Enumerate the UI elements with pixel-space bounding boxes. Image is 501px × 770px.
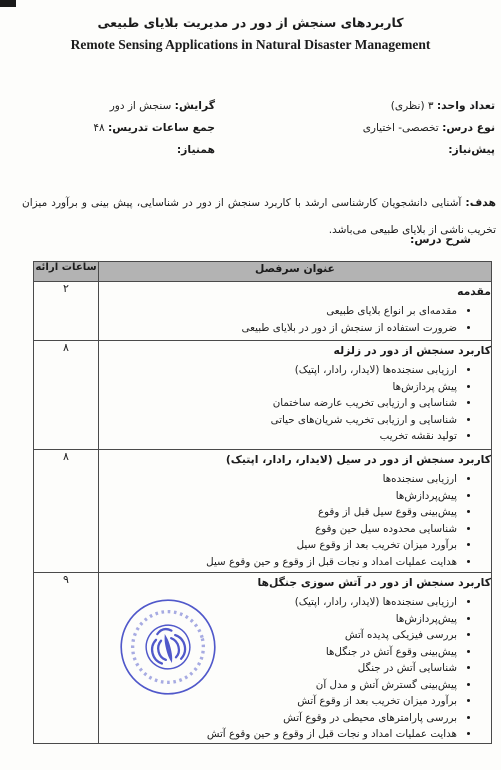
section-bullet-list: ارزیابی سنجنده‌ها (لایدار، رادار، اپتیک)… [99, 594, 491, 743]
bullet-item: هدایت عملیات امداد و نجات قبل از وقوع و … [99, 554, 457, 571]
bullet-item: پیش‌پردازش‌ها [99, 488, 457, 505]
bullet-item: تولید نقشه تخریب [99, 428, 457, 445]
bullet-item: مقدمه‌ای بر انواع بلایای طبیعی [99, 303, 457, 320]
section-bullet-list: ارزیابی سنجنده‌ها (لایدار، رادار، اپتیک)… [99, 362, 491, 445]
scanned-course-document: { "header": { "title_fa": "کاربردهای سنج… [0, 0, 501, 770]
bullet-item: شناسایی محدوده سیل حین وقوع [99, 521, 457, 538]
teaching-hours-label: جمع ساعات تدریس: [108, 121, 215, 134]
major-value: سنجش از دور [110, 100, 172, 112]
bullet-item: شناسایی و ارزیابی تخریب شریان‌های حیاتی [99, 412, 457, 429]
scan-corner-artifact [0, 0, 16, 7]
bullet-item: بررسی فیزیکی پدیده آتش [99, 627, 457, 644]
prerequisite-label: پیش‌نیاز: [448, 143, 495, 156]
hours-cell: ۸ [34, 341, 99, 450]
bullet-item: ضرورت استفاده از سنجش از دور در بلایای ط… [99, 320, 457, 337]
hours-cell: ۹ [34, 573, 99, 744]
units-label: تعداد واحد: [437, 99, 495, 112]
bullet-item: پیش‌بینی وقوع آتش در جنگل‌ها [99, 644, 457, 661]
hours-cell: ۸ [34, 450, 99, 573]
section-bullet-list: ارزیابی سنجنده‌هاپیش‌پردازش‌هاپیش‌بینی و… [99, 471, 491, 570]
bullet-item: هدایت عملیات امداد و نجات قبل از وقوع و … [99, 726, 457, 743]
section-title: کاربرد سنجش از دور در سیل (لایدار، رادار… [99, 450, 491, 470]
corequisite-line: همنیاز: [93, 139, 215, 161]
topic-cell: کاربرد سنجش از دور در آتش سوزی جنگل‌هاار… [99, 573, 492, 744]
corequisite-label: همنیاز: [177, 143, 215, 156]
outline-row: کاربرد سنجش از دور در زلزلهارزیابی سنجند… [34, 341, 492, 450]
hours-cell: ۲ [34, 282, 99, 341]
section-title: کاربرد سنجش از دور در آتش سوزی جنگل‌ها [99, 573, 491, 593]
bullet-item: ارزیابی سنجنده‌ها (لایدار، رادار، اپتیک) [99, 594, 457, 611]
bullet-item: شناسایی و ارزیابی تخریب عارضه ساختمان [99, 395, 457, 412]
course-title-en: Remote Sensing Applications in Natural D… [0, 34, 501, 56]
course-outline-table: عنوان سرفصل ساعات ارائه مقدمهمقدمه‌ای بر… [33, 261, 492, 744]
meta-block-left: گرایش: سنجش از دور جمع ساعات تدریس: ۴۸ ه… [93, 95, 215, 161]
topic-cell: کاربرد سنجش از دور در زلزلهارزیابی سنجند… [99, 341, 492, 450]
document-header: کاربردهای سنجش از دور در مدیریت بلایای ط… [0, 12, 501, 56]
topic-cell: کاربرد سنجش از دور در سیل (لایدار، رادار… [99, 450, 492, 573]
outline-header-row: عنوان سرفصل ساعات ارائه [34, 262, 492, 282]
bullet-item: شناسایی آتش در جنگل [99, 660, 457, 677]
section-title: کاربرد سنجش از دور در زلزله [99, 341, 491, 361]
objective-text: آشنایی دانشجویان کارشناسی ارشد با کاربرد… [22, 197, 496, 236]
bullet-item: برآورد میزان تخریب بعد از وقوع سیل [99, 537, 457, 554]
course-description-label: شرح درس: [410, 233, 471, 246]
meta-block-right: تعداد واحد: ۳ (نظری) نوع درس: تخصصی- اخت… [363, 95, 495, 161]
course-type-value: تخصصی- اختیاری [363, 122, 439, 134]
bullet-item: پیش‌بینی وقوع سیل قبل از وقوع [99, 504, 457, 521]
outline-table-body: مقدمهمقدمه‌ای بر انواع بلایای طبیعیضرورت… [34, 282, 492, 744]
section-title: مقدمه [99, 282, 491, 302]
course-type-label: نوع درس: [442, 121, 495, 134]
teaching-hours-line: جمع ساعات تدریس: ۴۸ [93, 117, 215, 139]
outline-table-head: عنوان سرفصل ساعات ارائه [34, 262, 492, 282]
major-label: گرایش: [175, 99, 215, 112]
prerequisite-line: پیش‌نیاز: [363, 139, 495, 161]
bullet-item: پیش‌بینی گسترش آتش و مدل آن [99, 677, 457, 694]
units-line: تعداد واحد: ۳ (نظری) [363, 95, 495, 117]
objective-label: هدف: [465, 196, 496, 209]
bullet-item: برآورد میزان تخریب بعد از وقوع آتش [99, 693, 457, 710]
outline-row: مقدمهمقدمه‌ای بر انواع بلایای طبیعیضرورت… [34, 282, 492, 341]
bullet-item: ارزیابی سنجنده‌ها (لایدار، رادار، اپتیک) [99, 362, 457, 379]
outline-row: کاربرد سنجش از دور در سیل (لایدار، رادار… [34, 450, 492, 573]
section-bullet-list: مقدمه‌ای بر انواع بلایای طبیعیضرورت استف… [99, 303, 491, 336]
units-value: ۳ (نظری) [391, 100, 434, 112]
col-header-hours: ساعات ارائه [34, 262, 99, 282]
teaching-hours-value: ۴۸ [93, 122, 104, 134]
bullet-item: پیش‌پردازش‌ها [99, 611, 457, 628]
col-header-topic: عنوان سرفصل [99, 262, 492, 282]
course-type-line: نوع درس: تخصصی- اختیاری [363, 117, 495, 139]
course-title-fa: کاربردهای سنجش از دور در مدیریت بلایای ط… [0, 12, 501, 34]
bullet-item: بررسی پارامترهای محیطی در وقوع آتش [99, 710, 457, 727]
major-line: گرایش: سنجش از دور [93, 95, 215, 117]
bullet-item: پیش پردازش‌ها [99, 379, 457, 396]
outline-row: کاربرد سنجش از دور در آتش سوزی جنگل‌هاار… [34, 573, 492, 744]
bullet-item: ارزیابی سنجنده‌ها [99, 471, 457, 488]
topic-cell: مقدمهمقدمه‌ای بر انواع بلایای طبیعیضرورت… [99, 282, 492, 341]
